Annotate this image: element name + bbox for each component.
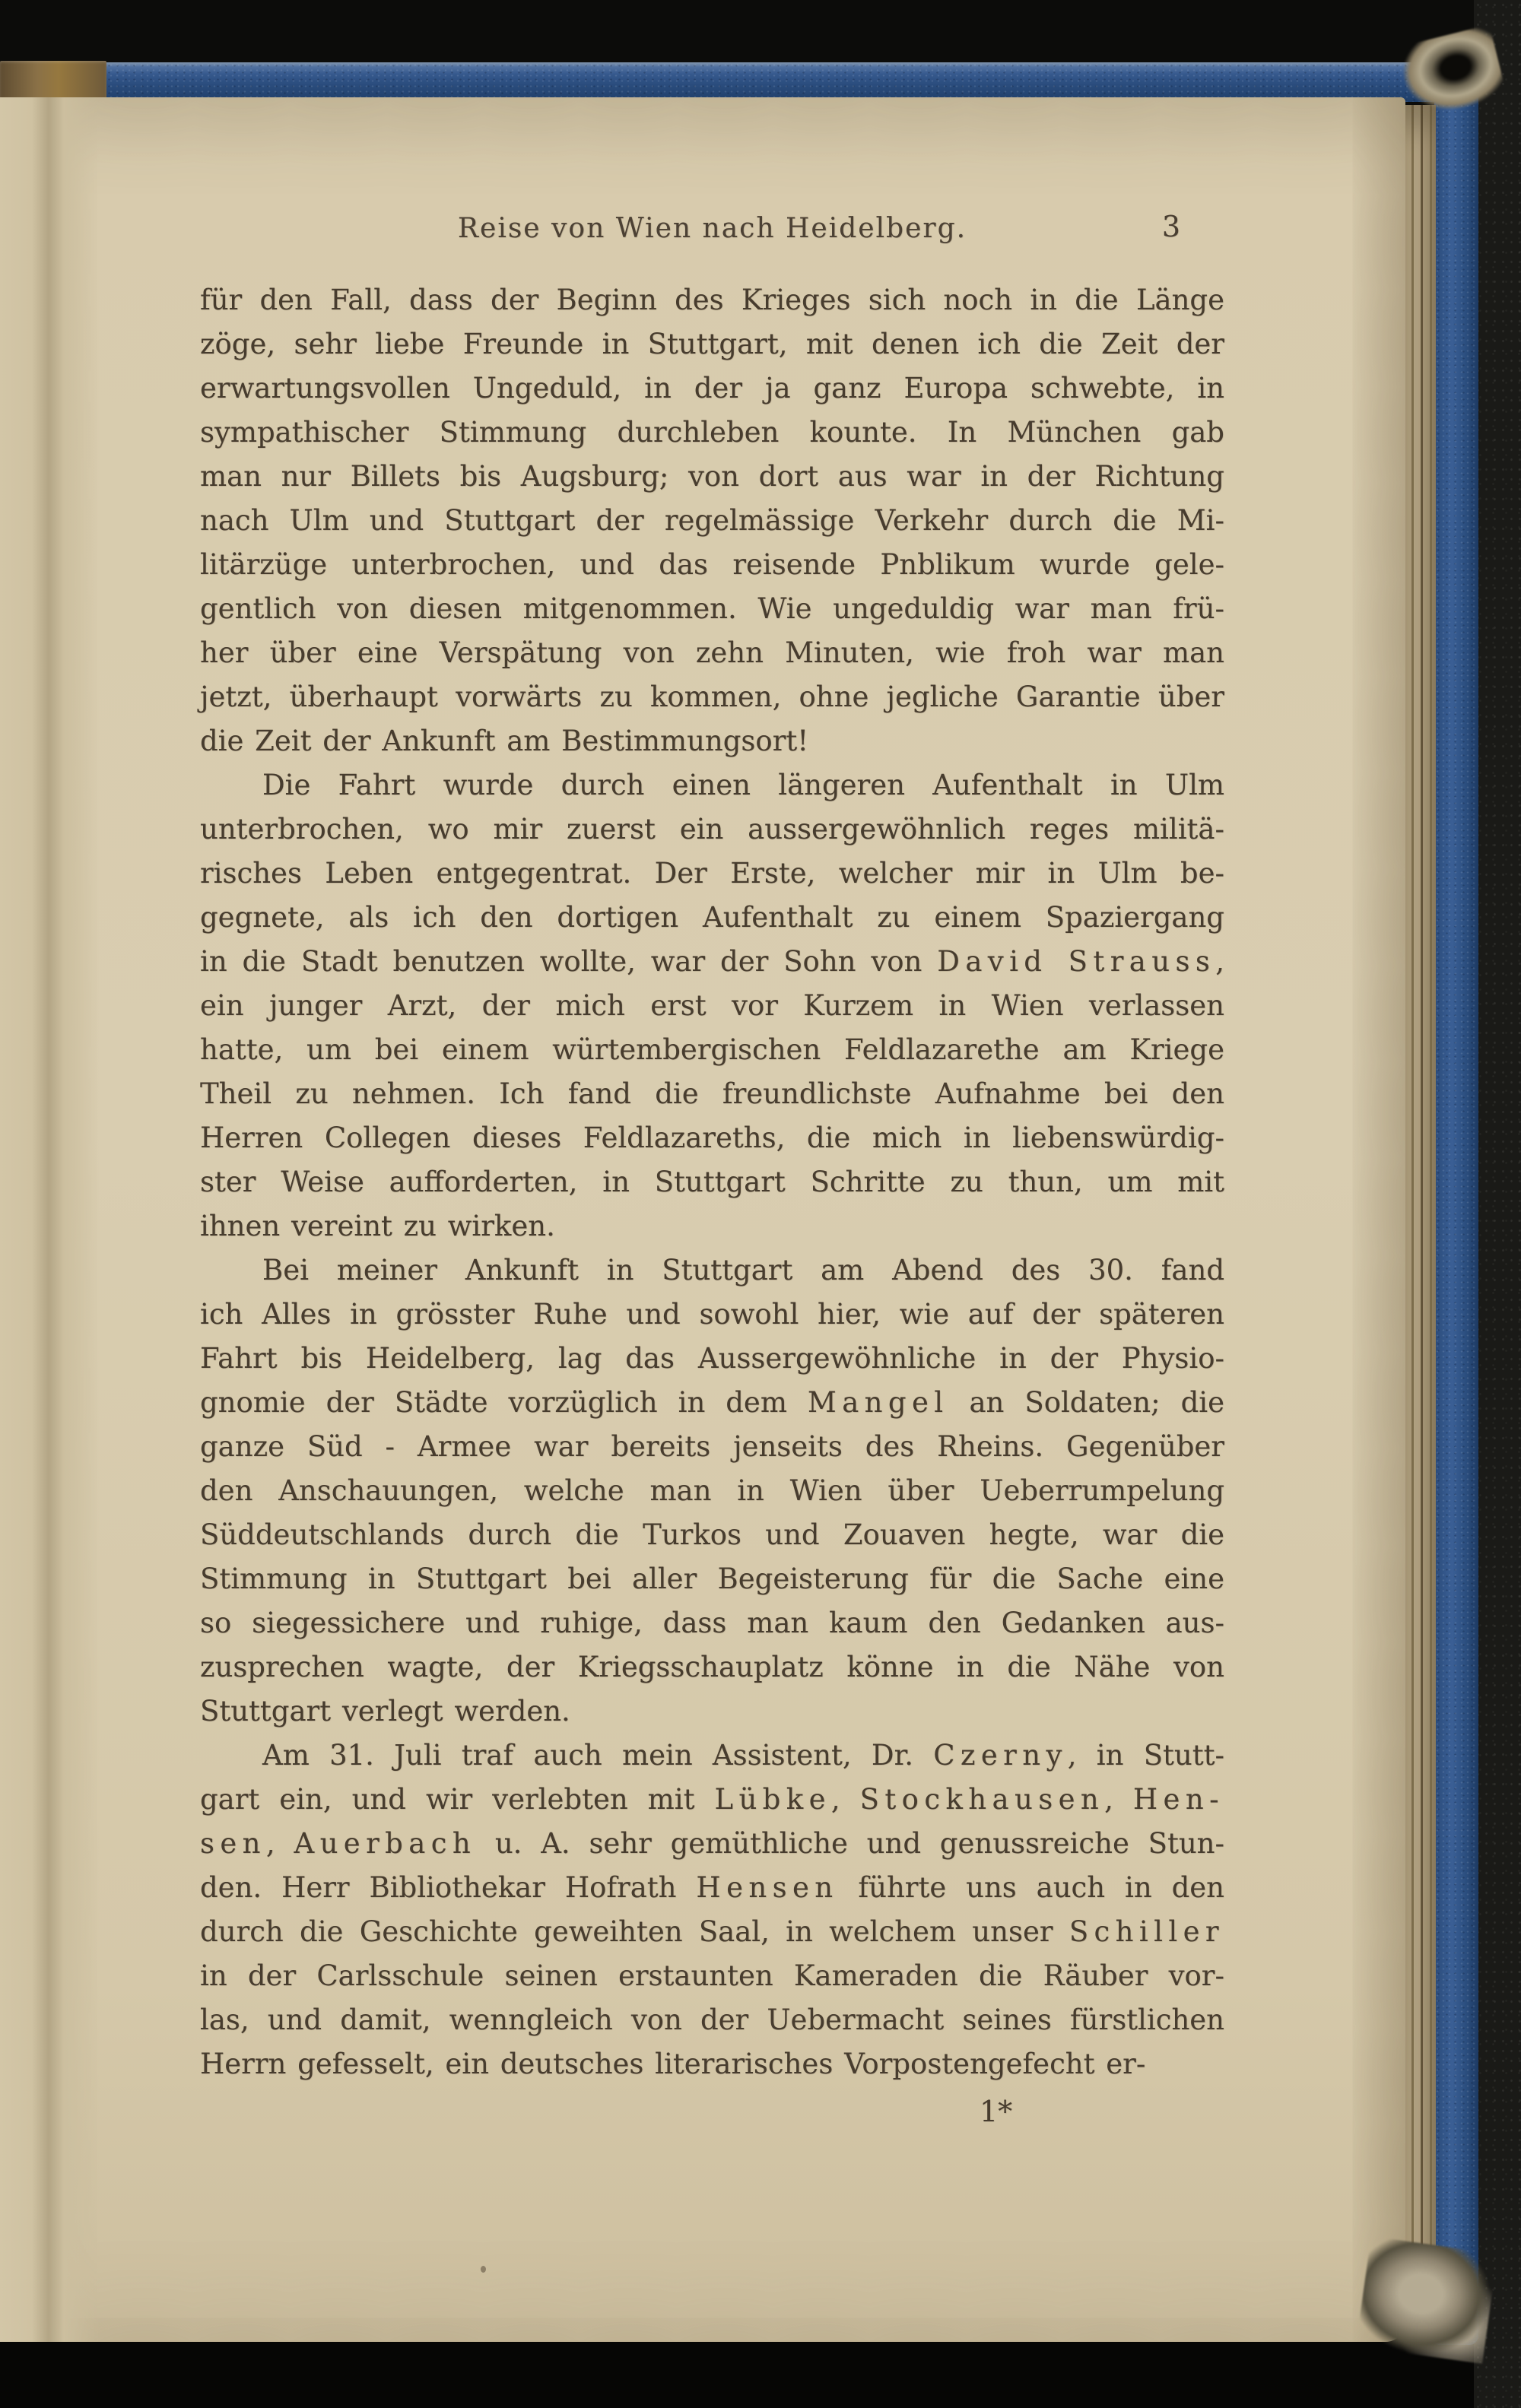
running-title: Reise von Wien nach Heidelberg. — [200, 213, 1224, 244]
text-line: sen, Auerbach u. A. sehr gemüthliche und… — [200, 1822, 1224, 1866]
text-line: her über eine Verspätung von zehn Minute… — [200, 631, 1224, 675]
text-segment: Fahrt bis Heidelberg, lag das Aussergewö… — [200, 1342, 1224, 1375]
text-segment: , — [1215, 945, 1224, 978]
text-segment: ein junger Arzt, der mich erst vor Kurze… — [200, 989, 1224, 1022]
text-line: durch die Geschichte geweihten Saal, in … — [200, 1910, 1224, 1954]
text-line: Die Fahrt wurde durch einen längeren Auf… — [200, 763, 1224, 807]
text-segment: zöge, sehr liebe Freunde in Stuttgart, m… — [200, 328, 1224, 360]
text-segment: gentlich von diesen mitgenommen. Wie ung… — [200, 592, 1224, 625]
text-line: für den Fall, dass der Beginn des Kriege… — [200, 278, 1224, 322]
text-segment: unterbrochen, wo mir zuerst ein ausserge… — [200, 813, 1224, 845]
text-line: zöge, sehr liebe Freunde in Stuttgart, m… — [200, 322, 1224, 366]
text-segment: ster Weise aufforderten, in Stuttgart Sc… — [200, 1166, 1224, 1198]
text-segment: las, und damit, wenngleich von der Ueber… — [200, 2003, 1224, 2036]
text-line: las, und damit, wenngleich von der Ueber… — [200, 1998, 1224, 2042]
running-header: Reise von Wien nach Heidelberg. 3 — [200, 213, 1224, 252]
text-segment: für den Fall, dass der Beginn des Kriege… — [200, 284, 1224, 316]
text-segment: Süddeutschlands durch die Turkos und Zou… — [200, 1518, 1224, 1551]
text-line: Am 31. Juli traf auch mein Assistent, Dr… — [200, 1734, 1224, 1778]
signature-mark: 1* — [200, 2089, 1224, 2134]
text-line: Theil zu nehmen. Ich fand die freundlich… — [200, 1072, 1224, 1116]
text-segment: , — [266, 1827, 294, 1860]
emphasized-name: Auerbach — [294, 1827, 476, 1860]
text-line: erwartungsvollen Ungeduld, in der ja gan… — [200, 366, 1224, 411]
text-line: Herren Collegen dieses Feldlazareths, di… — [200, 1116, 1224, 1160]
body-text: für den Fall, dass der Beginn des Kriege… — [200, 278, 1224, 2086]
text-segment: litärzüge unterbrochen, und das reisende… — [200, 548, 1224, 581]
text-line: in die Stadt benutzen wollte, war der So… — [200, 940, 1224, 984]
text-line: sympathischer Stimmung durchleben kounte… — [200, 411, 1224, 455]
emphasized-name: Hensen — [696, 1871, 838, 1904]
text-line: in der Carlsschule seinen erstaunten Kam… — [200, 1954, 1224, 1998]
text-segment: jetzt, überhaupt vorwärts zu kommen, ohn… — [200, 681, 1224, 713]
text-line: gegnete, als ich den dortigen Aufenthalt… — [200, 896, 1224, 940]
text-segment: Stuttgart verlegt werden. — [200, 1695, 570, 1727]
text-segment: so siegessichere und ruhige, dass man ka… — [200, 1607, 1224, 1639]
book-page: Reise von Wien nach Heidelberg. 3 für de… — [0, 97, 1405, 2342]
text-line: gart ein, und wir verlebten mit Lübke, S… — [200, 1778, 1224, 1822]
text-line: den. Herr Bibliothekar Hofrath Hensen fü… — [200, 1866, 1224, 1910]
text-segment: führte uns auch in den — [839, 1871, 1224, 1904]
text-line: den Anschauungen, welche man in Wien übe… — [200, 1469, 1224, 1513]
text-line: hatte, um bei einem würtembergischen Fel… — [200, 1028, 1224, 1072]
page-crease — [0, 97, 99, 2342]
text-line: gnomie der Städte vorzüglich in dem Mang… — [200, 1381, 1224, 1425]
text-segment: u. A. sehr gemüthliche und genussreiche … — [476, 1827, 1224, 1860]
book-cover-top-edge — [5, 62, 1478, 102]
text-segment: hatte, um bei einem würtembergischen Fel… — [200, 1033, 1224, 1066]
text-line: ihnen vereint zu wirken. — [200, 1204, 1224, 1248]
text-segment: her über eine Verspätung von zehn Minute… — [200, 636, 1224, 669]
text-line: jetzt, überhaupt vorwärts zu kommen, ohn… — [200, 675, 1224, 719]
emphasized-name: Schiller — [1069, 1915, 1224, 1948]
text-line: risches Leben entgegentrat. Der Erste, w… — [200, 852, 1224, 896]
text-segment: , — [1104, 1783, 1133, 1816]
cover-cloth-texture — [5, 62, 1478, 102]
text-segment: gegnete, als ich den dortigen Aufenthalt… — [200, 901, 1224, 934]
text-segment: die Zeit der Ankunft am Bestimmungsort! — [200, 725, 808, 757]
emphasized-name: Mangel — [808, 1386, 949, 1419]
emphasized-name: Lübke — [714, 1783, 830, 1816]
text-line: litärzüge unterbrochen, und das reisende… — [200, 543, 1224, 587]
text-line: gentlich von diesen mitgenommen. Wie ung… — [200, 587, 1224, 631]
text-segment: gart ein, und wir verlebten mit — [200, 1783, 714, 1816]
text-segment: Herren Collegen dieses Feldlazareths, di… — [200, 1122, 1224, 1154]
emphasized-name: David Strauss — [937, 945, 1215, 978]
text-segment: Theil zu nehmen. Ich fand die freundlich… — [200, 1077, 1224, 1110]
text-segment: den. Herr Bibliothekar Hofrath — [200, 1871, 696, 1904]
text-segment: zusprechen wagte, der Kriegsschauplatz k… — [200, 1651, 1224, 1683]
text-line: ganze Süd - Armee war bereits jenseits d… — [200, 1425, 1224, 1469]
scanned-book-photo: Reise von Wien nach Heidelberg. 3 für de… — [0, 0, 1521, 2408]
text-segment: nach Ulm und Stuttgart der regelmässige … — [200, 504, 1224, 537]
text-segment: sympathischer Stimmung durchleben kounte… — [200, 416, 1224, 449]
text-line: so siegessichere und ruhige, dass man ka… — [200, 1601, 1224, 1645]
text-segment: Am 31. Juli traf auch mein Assistent, Dr… — [262, 1739, 933, 1772]
emphasized-name: Stockhausen — [860, 1783, 1104, 1816]
text-line: nach Ulm und Stuttgart der regelmässige … — [200, 499, 1224, 543]
text-segment: ganze Süd - Armee war bereits jenseits d… — [200, 1430, 1224, 1463]
text-line: Stuttgart verlegt werden. — [200, 1689, 1224, 1734]
text-segment: in die Stadt benutzen wollte, war der So… — [200, 945, 937, 978]
emphasized-name: Czerny — [933, 1739, 1068, 1772]
text-segment: erwartungsvollen Ungeduld, in der ja gan… — [200, 372, 1224, 405]
text-line: ster Weise aufforderten, in Stuttgart Sc… — [200, 1160, 1224, 1204]
emphasized-name: sen — [200, 1827, 266, 1860]
page-number: 3 — [1162, 210, 1180, 243]
text-segment: an Soldaten; die — [949, 1386, 1225, 1419]
text-segment: durch die Geschichte geweihten Saal, in … — [200, 1915, 1069, 1948]
text-line: Herrn gefesselt, ein deutsches literaris… — [200, 2042, 1224, 2086]
text-line: Fahrt bis Heidelberg, lag das Aussergewö… — [200, 1337, 1224, 1381]
text-line: ein junger Arzt, der mich erst vor Kurze… — [200, 984, 1224, 1028]
text-line: die Zeit der Ankunft am Bestimmungsort! — [200, 719, 1224, 763]
text-line: unterbrochen, wo mir zuerst ein ausserge… — [200, 807, 1224, 852]
text-line: Bei meiner Ankunft in Stuttgart am Abend… — [200, 1248, 1224, 1293]
text-segment: ich Alles in grösster Ruhe und sowohl hi… — [200, 1298, 1224, 1331]
text-segment: , — [831, 1783, 860, 1816]
text-segment: Stimmung in Stuttgart bei aller Begeiste… — [200, 1563, 1224, 1595]
text-line: man nur Billets bis Augsburg; von dort a… — [200, 455, 1224, 499]
text-segment: Bei meiner Ankunft in Stuttgart am Abend… — [262, 1254, 1224, 1286]
text-segment: man nur Billets bis Augsburg; von dort a… — [200, 460, 1224, 493]
text-line: Süddeutschlands durch die Turkos und Zou… — [200, 1513, 1224, 1557]
text-segment: , in Stutt- — [1068, 1739, 1224, 1772]
text-segment: Herrn gefesselt, ein deutsches literaris… — [200, 2048, 1145, 2080]
worn-corner-bottom-right — [1356, 2236, 1498, 2364]
text-segment: Die Fahrt wurde durch einen längeren Auf… — [262, 769, 1224, 801]
page-content: Reise von Wien nach Heidelberg. 3 für de… — [200, 213, 1224, 2134]
text-line: ich Alles in grösster Ruhe und sowohl hi… — [200, 1293, 1224, 1337]
emphasized-name: Hen- — [1133, 1783, 1224, 1816]
text-segment: in der Carlsschule seinen erstaunten Kam… — [200, 1959, 1224, 1992]
cover-cloth-texture — [1434, 61, 1478, 2345]
text-segment: gnomie der Städte vorzüglich in dem — [200, 1386, 808, 1419]
text-segment: risches Leben entgegentrat. Der Erste, w… — [200, 857, 1224, 890]
photo-background-right — [1474, 0, 1521, 2408]
text-segment: den Anschauungen, welche man in Wien übe… — [200, 1474, 1224, 1507]
text-segment: ihnen vereint zu wirken. — [200, 1210, 555, 1242]
page-right-shade — [1352, 97, 1405, 2342]
book-cover-right-edge — [1434, 61, 1478, 2345]
ink-speck — [481, 2266, 486, 2273]
text-line: Stimmung in Stuttgart bei aller Begeiste… — [200, 1557, 1224, 1601]
text-line: zusprechen wagte, der Kriegsschauplatz k… — [200, 1645, 1224, 1689]
